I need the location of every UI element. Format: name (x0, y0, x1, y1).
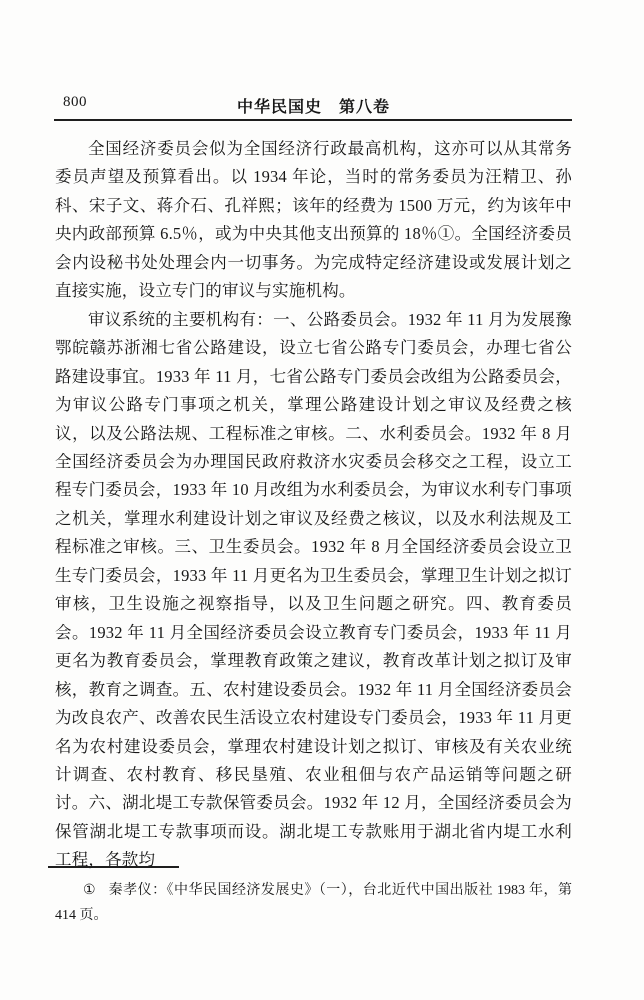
footnote-text: 秦孝仪：《中华民国经济发展史》（一），台北近代中国出版社 1983 年，第 41… (55, 883, 572, 923)
footnote: ①秦孝仪：《中华民国经济发展史》（一），台北近代中国出版社 1983 年，第 4… (55, 878, 572, 928)
book-page: 800 中华民国史 第八卷 全国经济委员会似为全国经济行政最高机构，这亦可以从其… (0, 0, 644, 1000)
footnote-marker: ① (83, 883, 96, 898)
paragraph-1: 全国经济委员会似为全国经济行政最高机构，这亦可以从其常务委员声望及预算看出。以 … (55, 135, 572, 306)
page-body: 全国经济委员会似为全国经济行政最高机构，这亦可以从其常务委员声望及预算看出。以 … (55, 135, 572, 875)
page-header: 800 中华民国史 第八卷 (55, 94, 572, 116)
running-title: 中华民国史 第八卷 (55, 94, 572, 117)
header-rule (54, 119, 572, 121)
footnote-rule (48, 866, 179, 868)
paragraph-2: 审议系统的主要机构有：一、公路委员会。1932 年 11 月为发展豫鄂皖赣苏浙湘… (55, 306, 572, 875)
